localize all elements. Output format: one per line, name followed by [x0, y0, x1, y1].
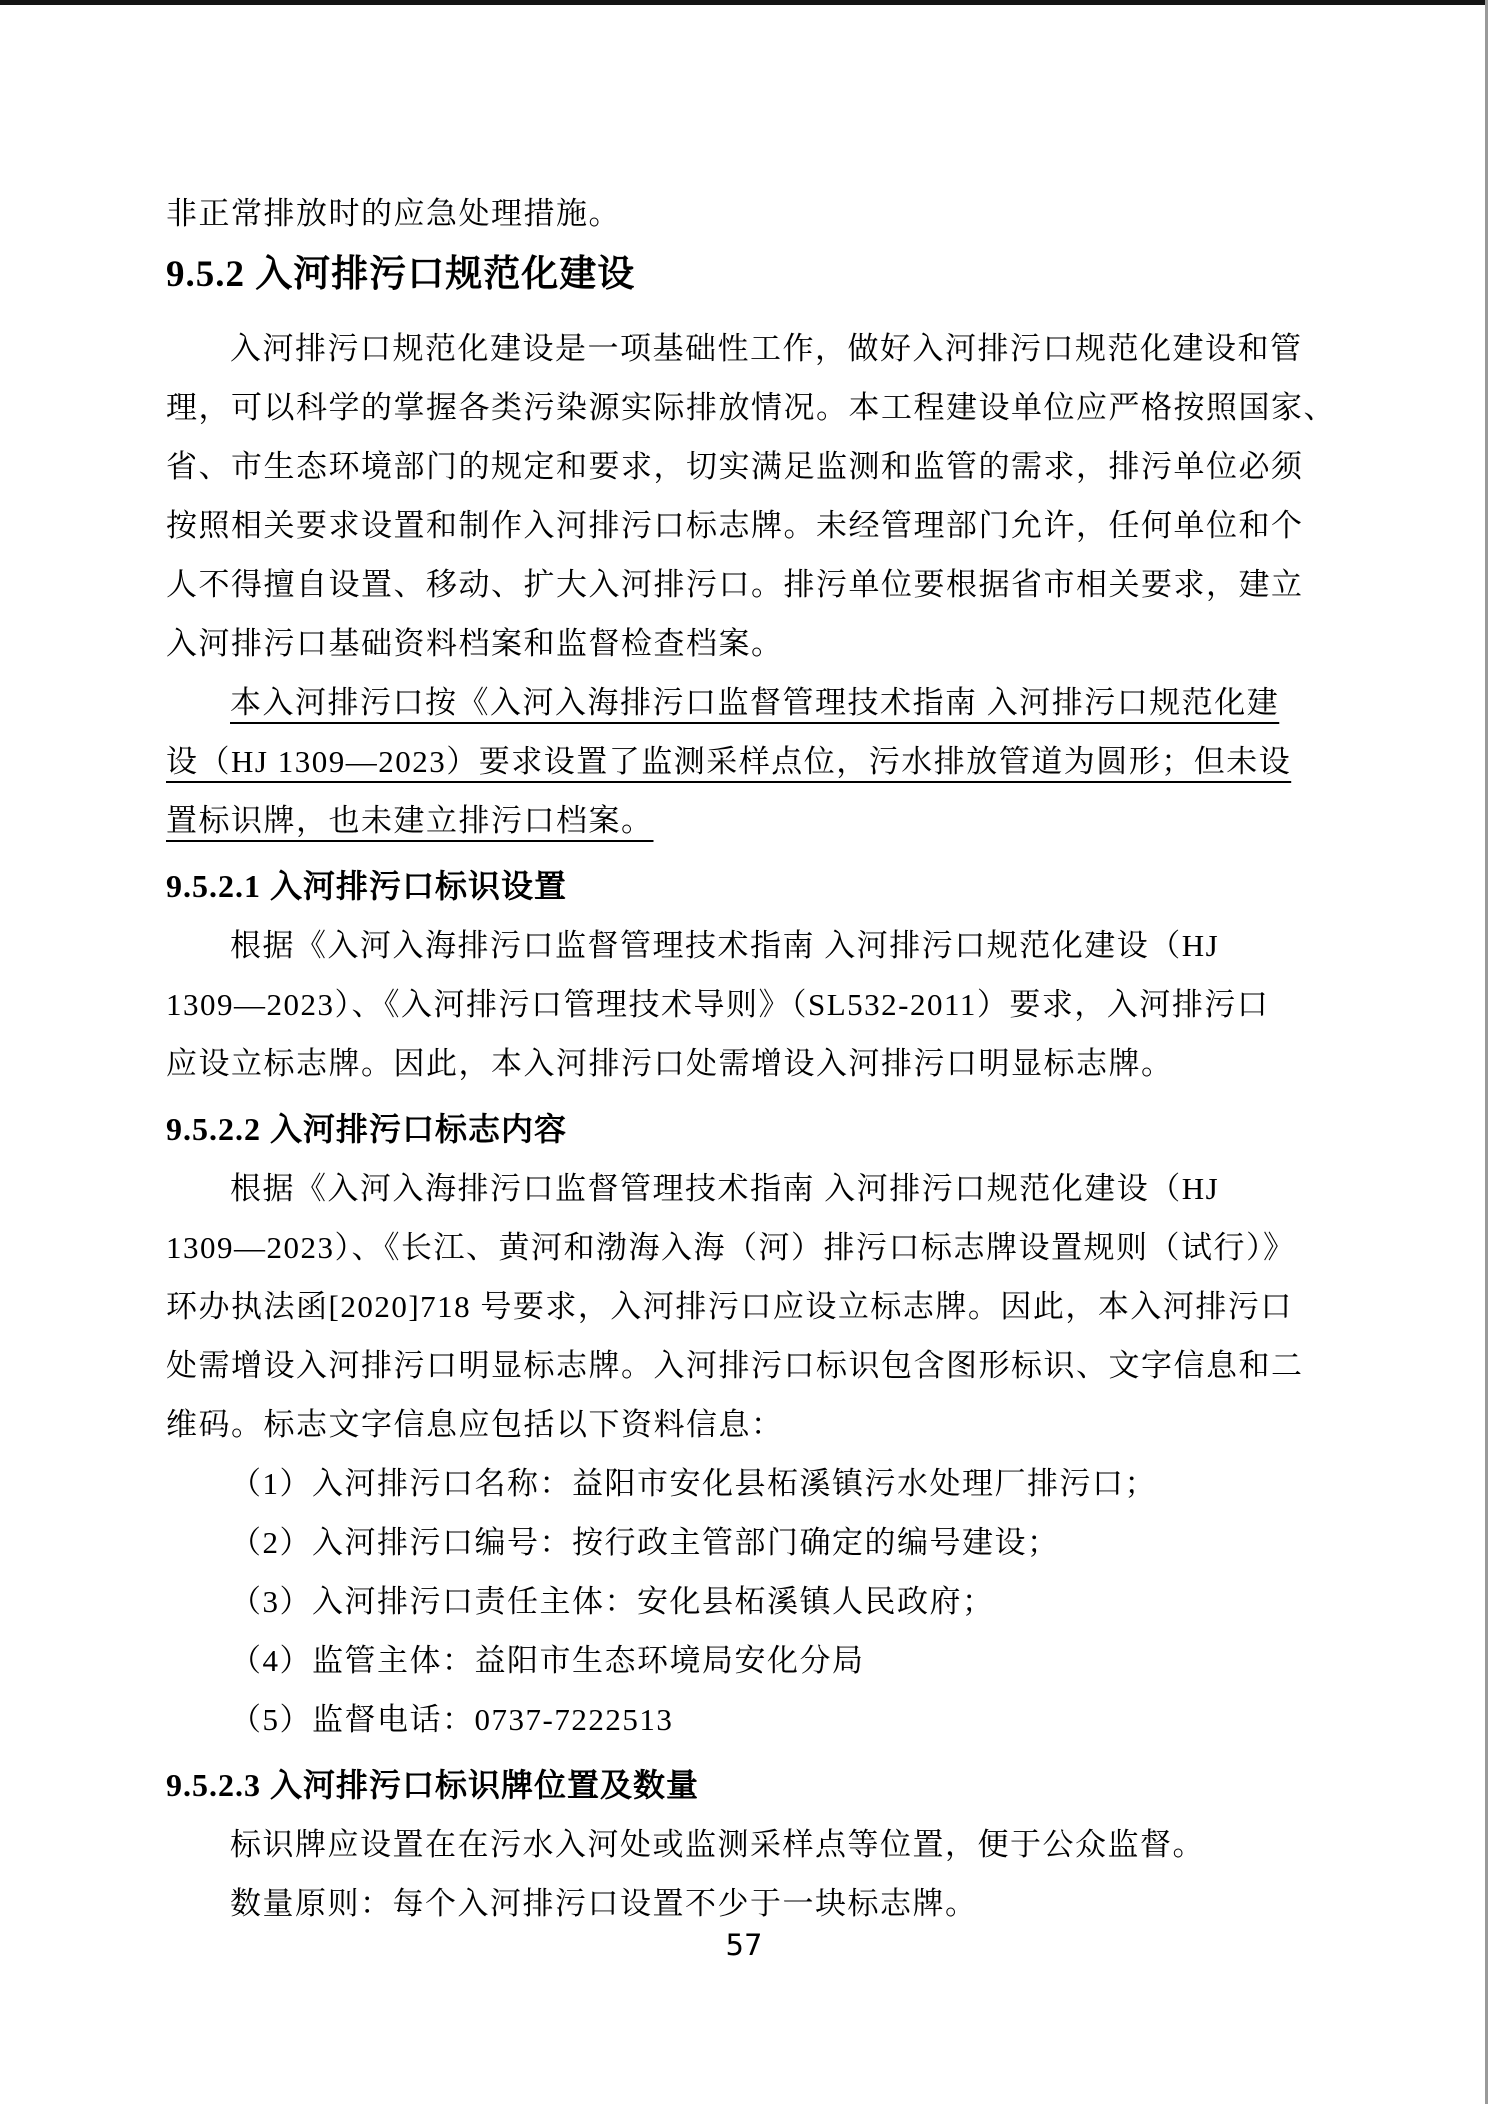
body-line: 入河排污口基础资料档案和监督检查档案。 [166, 614, 1326, 673]
paragraph-952-1: 入河排污口规范化建设是一项基础性工作，做好入河排污口规范化建设和管 理，可以科学… [166, 319, 1326, 673]
underlined-body-line: 设（HJ 1309—2023）要求设置了监测采样点位，污水排放管道为圆形；但未设 [166, 732, 1326, 791]
list-item: （4）监管主体：益阳市生态环境局安化分局 [166, 1631, 1326, 1690]
body-line: 入河排污口规范化建设是一项基础性工作，做好入河排污口规范化建设和管 [166, 319, 1326, 378]
paragraph-9522: 根据《入河入海排污口监督管理技术指南 入河排污口规范化建设（HJ 1309—20… [166, 1159, 1326, 1454]
list-item: （3）入河排污口责任主体：安化县柘溪镇人民政府； [166, 1572, 1326, 1631]
paragraph-952-2-underlined: 本入河排污口按《入河入海排污口监督管理技术指南 入河排污口规范化建 设（HJ 1… [166, 673, 1326, 850]
body-line: 处需增设入河排污口明显标志牌。入河排污口标识包含图形标识、文字信息和二 [166, 1336, 1326, 1395]
body-line: 1309—2023）、《长江、黄河和渤海入海（河）排污口标志牌设置规则（试行）》 [166, 1218, 1326, 1277]
paragraph-9523: 标识牌应设置在在污水入河处或监测采样点等位置，便于公众监督。 数量原则：每个入河… [166, 1815, 1326, 1933]
list-item: （1）入河排污口名称：益阳市安化县柘溪镇污水处理厂排污口； [166, 1454, 1326, 1513]
body-line: 应设立标志牌。因此，本入河排污口处需增设入河排污口明显标志牌。 [166, 1034, 1326, 1093]
list-item: （2）入河排污口编号：按行政主管部门确定的编号建设； [166, 1513, 1326, 1572]
section-heading-9523: 9.5.2.3 入河排污口标识牌位置及数量 [166, 1755, 1326, 1815]
underlined-body-line: 置标识牌，也未建立排污口档案。 [166, 791, 1326, 850]
body-line: 根据《入河入海排污口监督管理技术指南 入河排污口规范化建设（HJ [166, 1159, 1326, 1218]
list-item: （5）监督电话：0737-7222513 [166, 1690, 1326, 1749]
body-line: 按照相关要求设置和制作入河排污口标志牌。未经管理部门允许，任何单位和个 [166, 496, 1326, 555]
body-line: 人不得擅自设置、移动、扩大入河排污口。排污单位要根据省市相关要求，建立 [166, 555, 1326, 614]
body-line: 理，可以科学的掌握各类污染源实际排放情况。本工程建设单位应严格按照国家、 [166, 378, 1326, 437]
body-line: 非正常排放时的应急处理措施。 [166, 184, 1326, 243]
body-line: 1309—2023）、《入河排污口管理技术导则》（SL532-2011）要求，入… [166, 975, 1326, 1034]
body-line: 标识牌应设置在在污水入河处或监测采样点等位置，便于公众监督。 [166, 1815, 1326, 1874]
body-line: 数量原则：每个入河排污口设置不少于一块标志牌。 [166, 1874, 1326, 1933]
page-number: 57 [0, 1928, 1488, 1962]
list-9522: （1）入河排污口名称：益阳市安化县柘溪镇污水处理厂排污口； （2）入河排污口编号… [166, 1454, 1326, 1749]
section-heading-9522: 9.5.2.2 入河排污口标志内容 [166, 1099, 1326, 1159]
document-page: 非正常排放时的应急处理措施。 9.5.2 入河排污口规范化建设 入河排污口规范化… [166, 0, 1326, 1933]
section-heading-952: 9.5.2 入河排污口规范化建设 [166, 243, 1326, 307]
paragraph-9521: 根据《入河入海排污口监督管理技术指南 入河排污口规范化建设（HJ 1309—20… [166, 916, 1326, 1093]
underlined-body-line: 本入河排污口按《入河入海排污口监督管理技术指南 入河排污口规范化建 [166, 673, 1326, 732]
section-heading-9521: 9.5.2.1 入河排污口标识设置 [166, 856, 1326, 916]
body-line: 根据《入河入海排污口监督管理技术指南 入河排污口规范化建设（HJ [166, 916, 1326, 975]
body-line: 环办执法函[2020]718 号要求，入河排污口应设立标志牌。因此，本入河排污口 [166, 1277, 1326, 1336]
body-line: 省、市生态环境部门的规定和要求，切实满足监测和监管的需求，排污单位必须 [166, 437, 1326, 496]
body-line: 维码。标志文字信息应包括以下资料信息： [166, 1395, 1326, 1454]
